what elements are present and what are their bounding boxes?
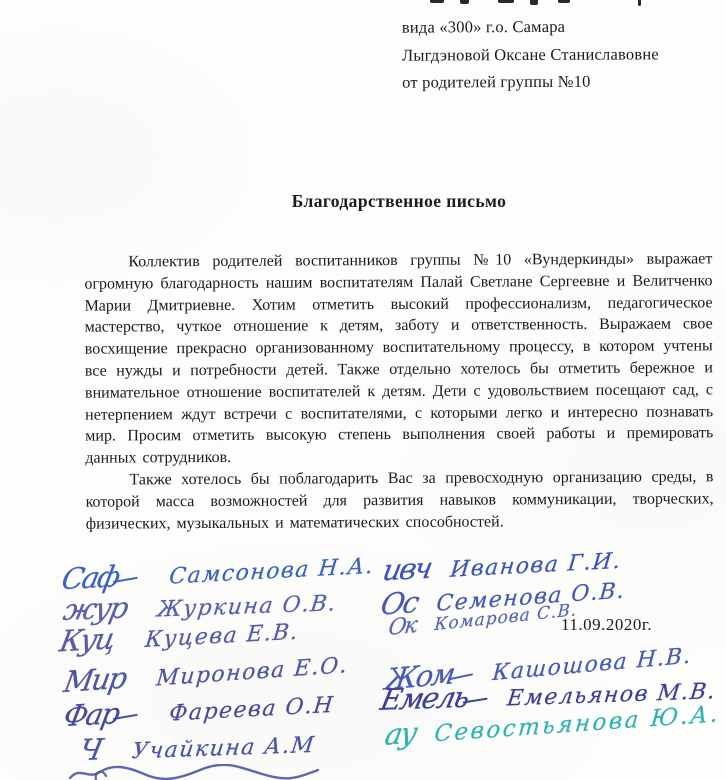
signature-name: Фареева О.Н — [168, 693, 336, 727]
recipient-line: вида «300» г.о. Самара — [402, 12, 659, 41]
recipient-line: Лыгдэновой Оксане Станиславовне — [402, 40, 659, 69]
recipient-line: от родителей группы №10 — [402, 67, 659, 96]
letter-body: Коллектив родителей воспитанников группы… — [84, 248, 713, 535]
signature-paraph: ау — [382, 715, 418, 752]
clipped-bottom-signature — [66, 764, 366, 780]
signature-paraph: Куц — [57, 621, 117, 658]
signature-name: Куцева Е.В. — [144, 620, 300, 653]
signature-paraph: Фар — [61, 695, 142, 733]
scanned-letter-page: вида «300» г.о. Самара Лыгдэновой Оксане… — [0, 0, 726, 780]
signature-paraph: Ч — [76, 732, 104, 767]
letter-recipient-block: вида «300» г.о. Самара Лыгдэновой Оксане… — [402, 12, 659, 96]
signature-name: Самсонова Н.А. — [168, 554, 376, 590]
signature-paraph: ивч — [380, 551, 434, 588]
signature-row: Ч Учайкина А.М — [79, 725, 315, 767]
letter-title: Благодарственное письмо — [85, 191, 713, 212]
body-paragraph: Также хотелось бы поблагодарить Вас за п… — [85, 466, 713, 535]
signature-name: Учайкина А.М — [130, 733, 316, 765]
body-paragraph: Коллектив родителей воспитанников группы… — [84, 248, 713, 469]
signature-paraph: Мир — [61, 660, 128, 699]
clipped-top-line-fragments — [402, 0, 682, 8]
signature-paraph: Ок — [387, 613, 418, 641]
